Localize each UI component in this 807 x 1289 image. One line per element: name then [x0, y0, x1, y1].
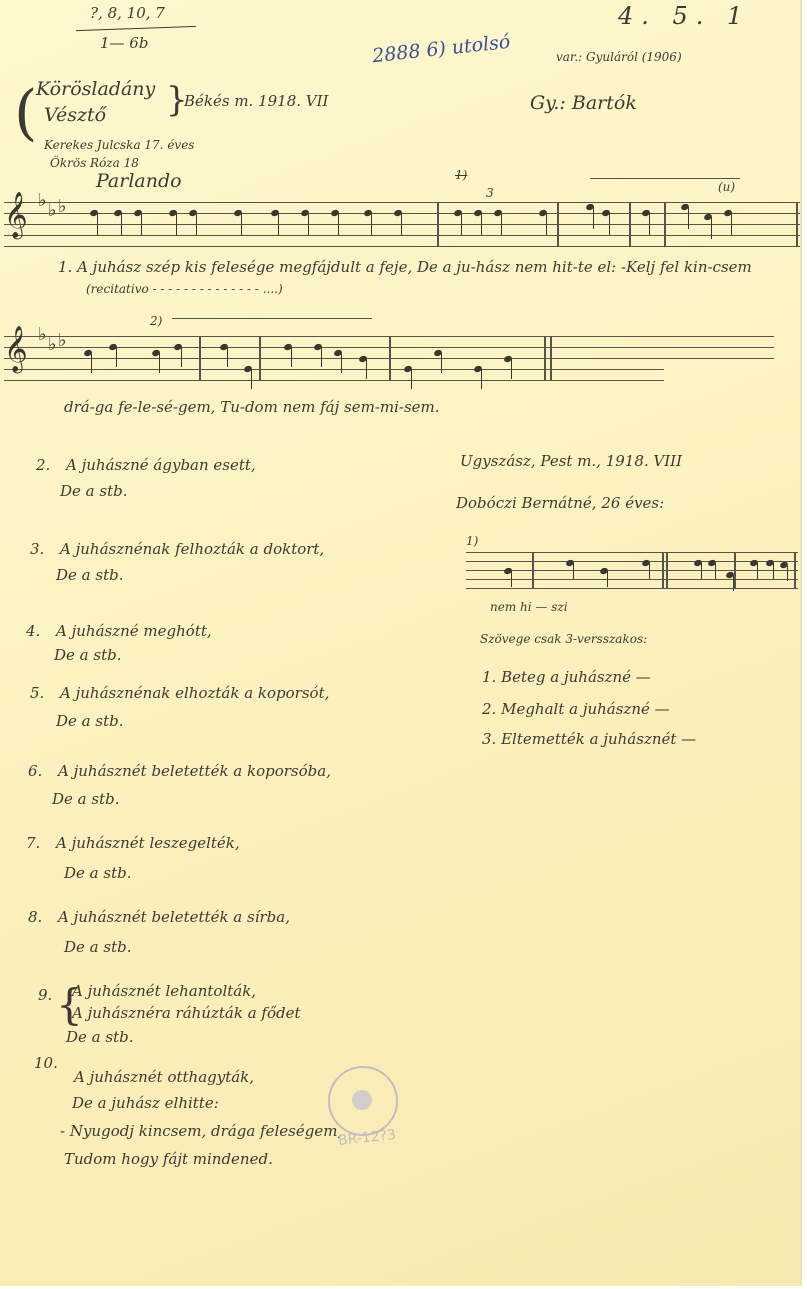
variant-place-date: Ugyszász, Pest m., 1918. VIII — [460, 452, 682, 470]
catalog-number: 4. 5. 1 — [618, 2, 750, 30]
variant-note: var.: Gyuláról (1906) — [556, 50, 682, 64]
verse-4: 4.A juhászné meghótt, — [26, 622, 212, 640]
verse-5-refrain: De a stb. — [56, 712, 123, 730]
verse-8-refrain: De a stb. — [64, 938, 131, 956]
flat-icon: ♭ — [38, 190, 47, 211]
verse-3: 3.A juhásznénak felhozták a doktort, — [30, 540, 324, 558]
verse-10-number: 10. — [34, 1054, 58, 1072]
lyrics-line-2: drá-ga fe-le-sé-gem, Tu-dom nem fáj sem-… — [64, 398, 440, 416]
archive-note: 2888 6) utolsó — [371, 31, 511, 67]
place-2: Vésztő — [44, 104, 106, 126]
flat-icon: ♭ — [58, 330, 67, 351]
lyrics-line-1: 1. A juhász szép kis felesége megfájdult… — [58, 258, 752, 276]
verse-3-refrain: De a stb. — [56, 566, 123, 584]
library-stamp-icon — [328, 1066, 398, 1136]
flat-icon: ♭ — [48, 200, 57, 221]
verse-9-line-2: A juhásznéra ráhúzták a fődet — [72, 1004, 301, 1022]
fraction-bottom: 1— 6b — [100, 34, 148, 52]
verse-8: 8.A juhásznét beletették a sírba, — [28, 908, 290, 926]
treble-clef-icon: 𝄞 — [4, 192, 28, 238]
singer-2: Ökrös Róza 18 — [50, 156, 139, 170]
variant-singer: Dobóczi Bernátné, 26 éves: — [456, 494, 664, 512]
fermata-paren: (u) — [718, 180, 735, 194]
brace-left: ( — [14, 78, 37, 148]
verse-9-line-1: A juhásznét lehantolták, — [72, 982, 256, 1000]
extension-line — [590, 178, 740, 179]
crossed-footnote: 1) — [455, 168, 467, 182]
verse-9-refrain: De a stb. — [66, 1028, 133, 1046]
fraction-top: ?, 8, 10, 7 — [90, 4, 165, 22]
flat-icon: ♭ — [48, 334, 57, 355]
verse-6-refrain: De a stb. — [52, 790, 119, 808]
staff-2: 𝄞 ♭ ♭ ♭ — [4, 336, 774, 386]
tempo-marking: Parlando — [96, 170, 182, 192]
verse-10-line-4: Tudom hogy fájt mindened. — [64, 1150, 273, 1168]
verse-5: 5.A juhásznénak elhozták a koporsót, — [30, 684, 329, 702]
verse-2: 2.A juhászné ágyban esett, — [36, 456, 256, 474]
collector-name: Gy.: Bartók — [530, 92, 637, 114]
place-1: Körösladány — [36, 78, 155, 100]
recitative-marking: (recitativo - - - - - - - - - - - - - - … — [86, 282, 283, 296]
variant-footnote: 1) — [466, 534, 478, 548]
variant-note: Szövege csak 3-versszakos: — [480, 632, 647, 646]
verse-10-line-1: A juhásznét otthagyták, — [74, 1068, 254, 1086]
verse-7: 7.A juhásznét leszegelték, — [26, 834, 240, 852]
verse-6: 6.A juhásznét beletették a koporsóba, — [28, 762, 331, 780]
manuscript-page: ?, 8, 10, 7 1— 6b 2888 6) utolsó 4. 5. 1… — [0, 0, 802, 1286]
staff-1: 𝄞 ♭ ♭ ♭ — [4, 202, 800, 252]
verse-7-refrain: De a stb. — [64, 864, 131, 882]
triplet-mark: 3 — [486, 186, 494, 200]
verse-9-number: 9. — [38, 986, 52, 1004]
footnote-2: 2) — [150, 314, 162, 328]
singer-1: Kerekes Julcska 17. éves — [44, 138, 194, 152]
verse-10-line-2: De a juhász elhitte: — [72, 1094, 219, 1112]
fraction-rule — [76, 26, 196, 31]
treble-clef-icon: 𝄞 — [4, 326, 28, 372]
verse-4-refrain: De a stb. — [54, 646, 121, 664]
verse-2-refrain: De a stb. — [60, 482, 127, 500]
flat-icon: ♭ — [38, 324, 47, 345]
county-date: Békés m. 1918. VII — [184, 92, 329, 110]
variant-verse-2: 2. Meghalt a juhászné — — [482, 700, 670, 718]
variant-verse-1: 1. Beteg a juhászné — — [482, 668, 651, 686]
extension-line-2 — [172, 318, 372, 319]
variant-lyrics: nem hi — szi — [490, 600, 568, 614]
flat-icon: ♭ — [58, 196, 67, 217]
staff-3 — [466, 552, 798, 592]
verse-10-line-3: - Nyugodj kincsem, drága feleségem, — [60, 1122, 342, 1140]
variant-verse-3: 3. Eltemették a juhásznét — — [482, 730, 696, 748]
